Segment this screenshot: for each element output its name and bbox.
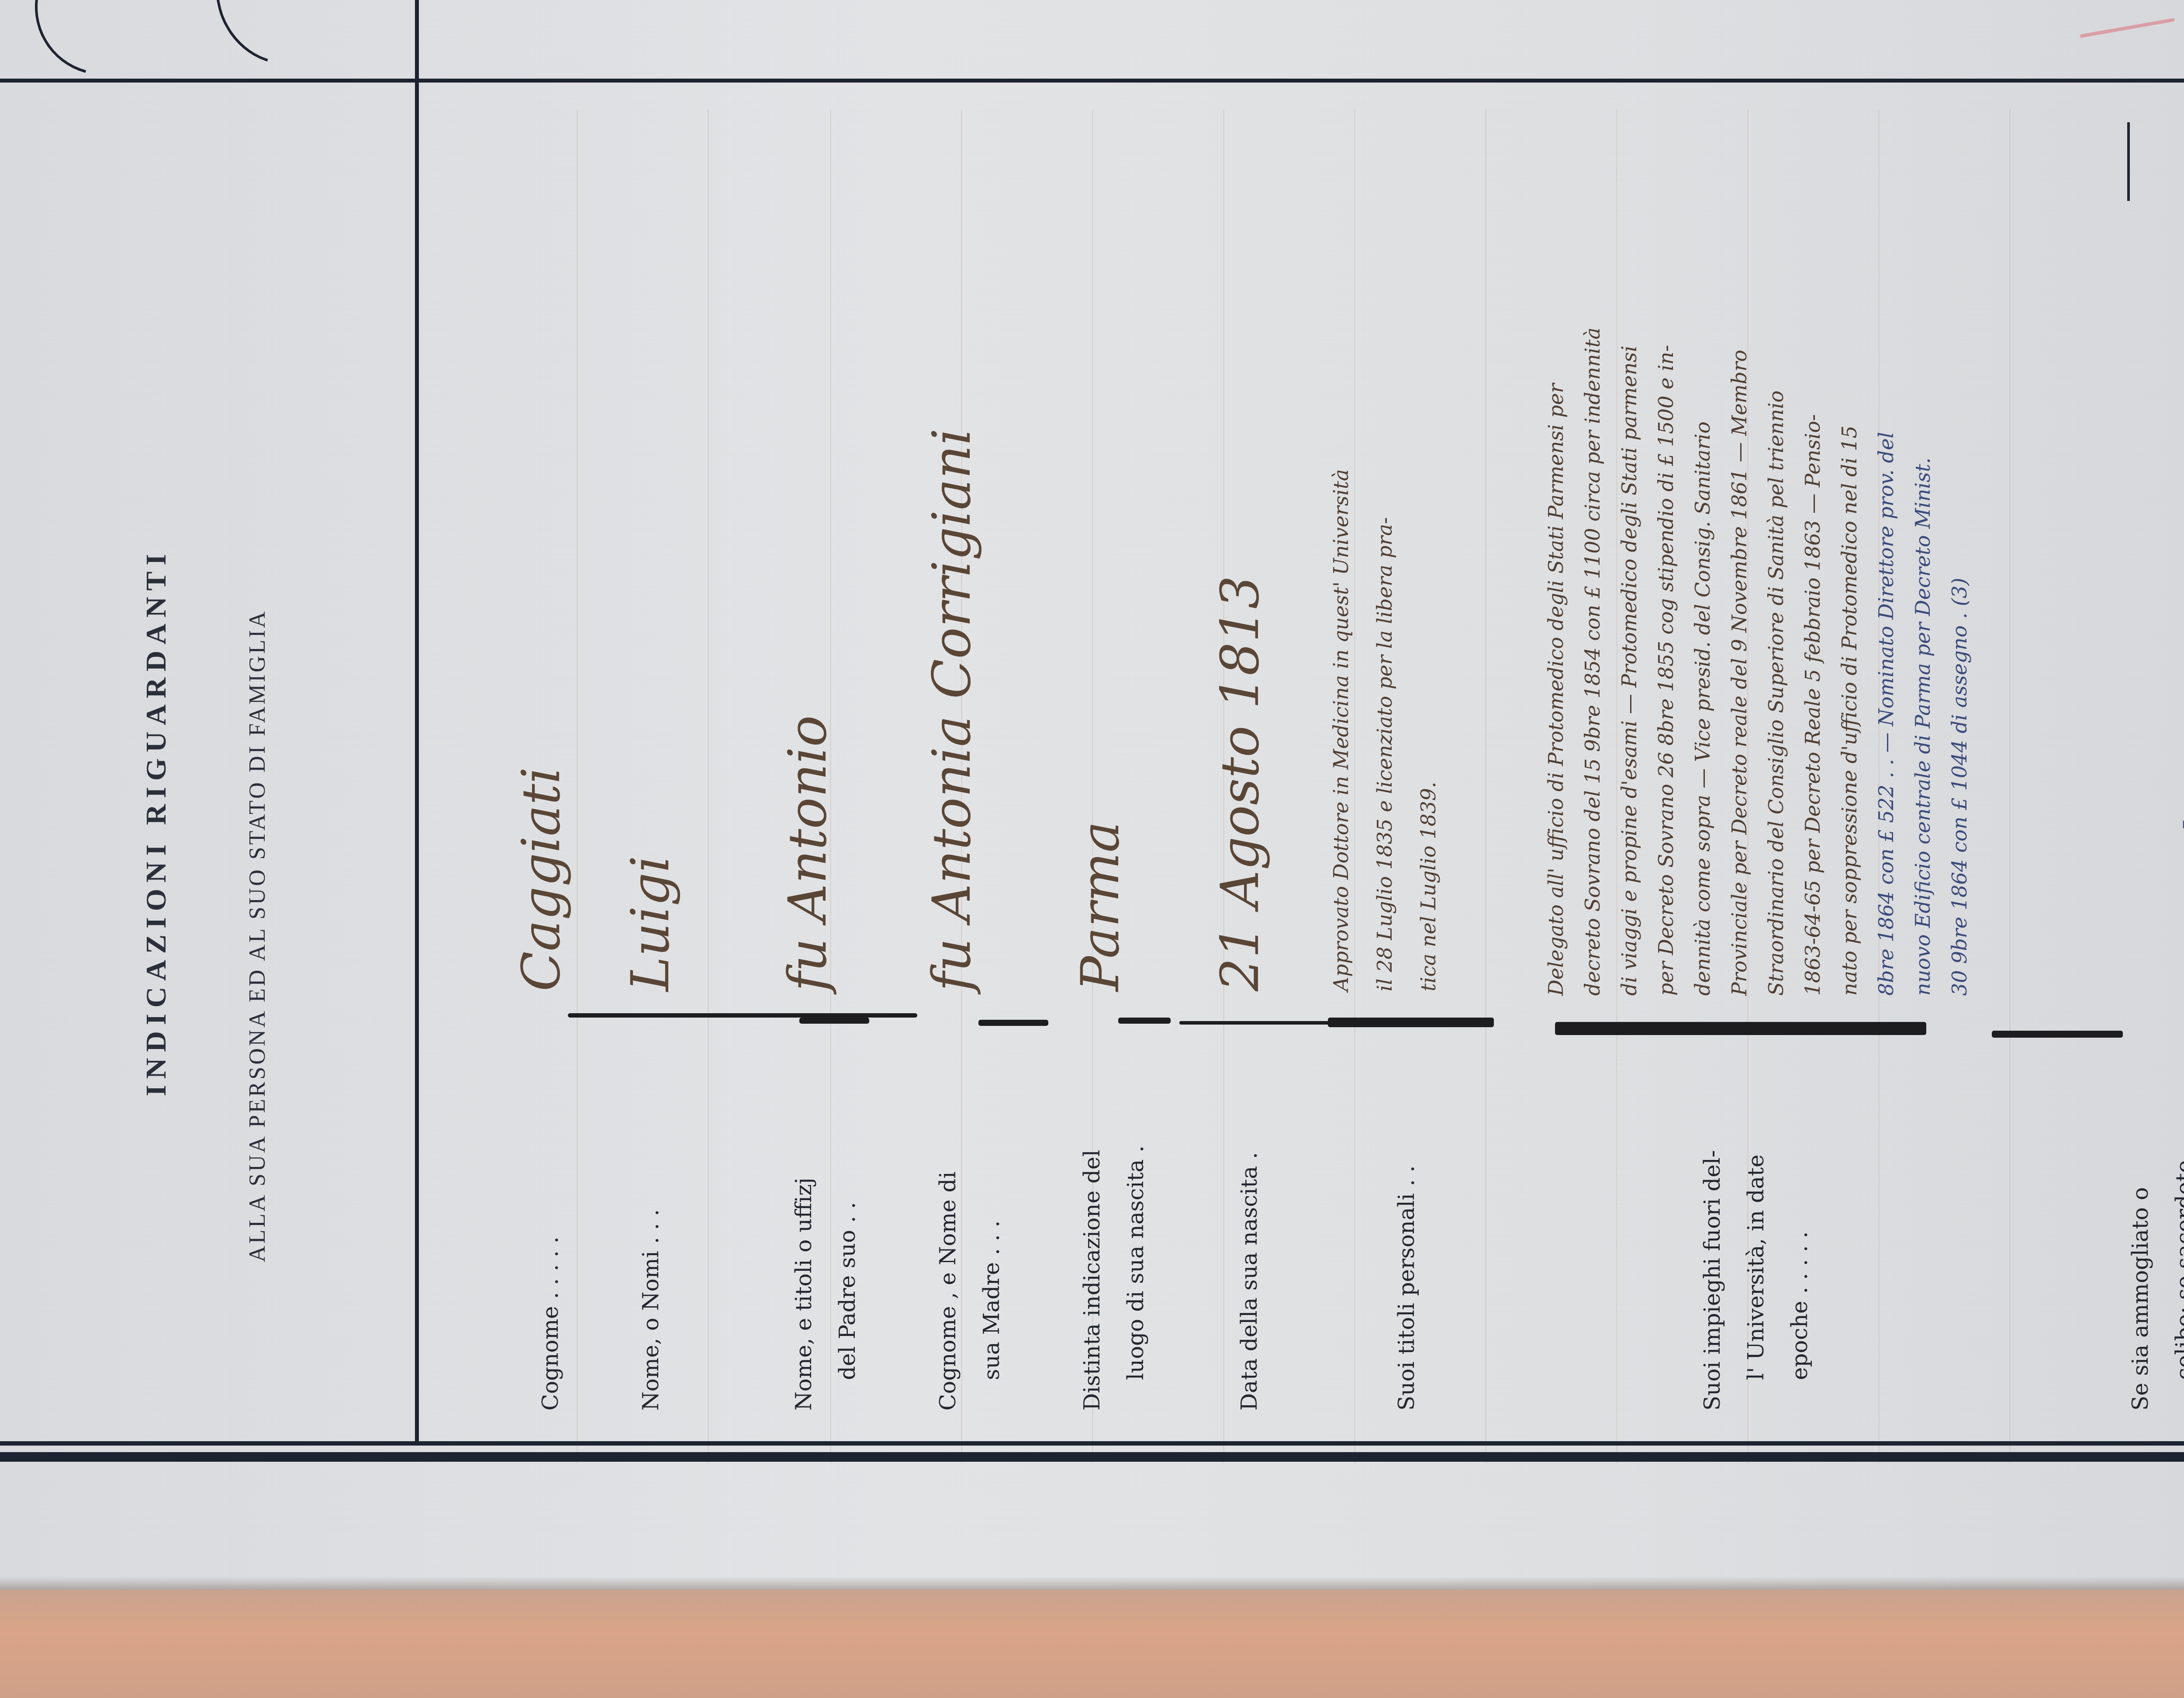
field-label-luogo-nascita: Distinta indicazione del luogo di sua na… [1070, 1146, 1158, 1411]
field-label-stato-civile: Se sia ammogliato o celibe; se sacerdote… [2118, 1139, 2184, 1411]
field-label-data-nascita: Data della sua nascita . [1227, 1152, 1271, 1411]
field-label-madre: Cognome , e Nome di sua Madre . . . [926, 1171, 1013, 1411]
decorative-arc [192, 0, 363, 87]
value-stato-civile: ammogliato [2175, 735, 2184, 996]
field-label-nome: Nome, o Nomi . . . [629, 1209, 673, 1411]
top-border-line [0, 79, 2184, 83]
value-impieghi: Delegato all' ufficio di Protomedico deg… [1538, 328, 1978, 996]
ruled-line [2009, 109, 2011, 1463]
value-padre: fu Antonio [778, 715, 838, 991]
field-label-titoli: Suoi titoli personali . . [1385, 1166, 1428, 1411]
brace-divider [1992, 1031, 2123, 1038]
brace-divider [978, 1020, 1048, 1026]
value-data-nascita: 21 Agosto 1813 [1210, 576, 1271, 991]
value-luogo-nascita: Parma [1070, 821, 1131, 991]
ruled-line [577, 109, 578, 1463]
value-nome: Luigi [620, 856, 681, 991]
red-pencil-mark [2080, 18, 2175, 38]
field-label-cognome: Cognome . . . . . [529, 1236, 572, 1411]
margin-fragment: Asta [2180, 18, 2184, 57]
document-page: INDICAZIONI RIGUARDANTI ALLA SUA PERSONA… [0, 0, 2184, 1616]
brace-divider [1118, 1018, 1171, 1024]
page-title: INDICAZIONI RIGUARDANTI [140, 548, 173, 1096]
value-cognome: Caggiati [511, 767, 572, 991]
header-divider-line [415, 0, 419, 1441]
partial-column-mark [2127, 122, 2130, 201]
value-madre: fu Antonia Corrigiani [922, 428, 982, 991]
brace-divider [1328, 1018, 1494, 1027]
field-label-impieghi: Suoi impieghi fuori del- l' Università, … [1690, 1150, 1821, 1411]
bottom-border-line [0, 1441, 2184, 1446]
ruled-line [708, 109, 709, 1463]
bottom-double-border-line [0, 1452, 2184, 1462]
backing-sheet [0, 1590, 2184, 1698]
ruled-line [1485, 109, 1486, 1463]
brace-divider [799, 1018, 869, 1024]
page-subtitle: ALLA SUA PERSONA ED AL SUO STATO DI FAMI… [245, 609, 270, 1262]
separator-line [568, 1013, 917, 1018]
brace-divider [1555, 1022, 1926, 1035]
value-titoli: Approvato Dottore in Medicina in quest' … [1319, 469, 1450, 991]
field-label-padre: Nome, e titoli o uffizj del Padre suo . … [782, 1177, 869, 1411]
decorative-arc [10, 0, 196, 100]
separator-line [1179, 1021, 1337, 1025]
